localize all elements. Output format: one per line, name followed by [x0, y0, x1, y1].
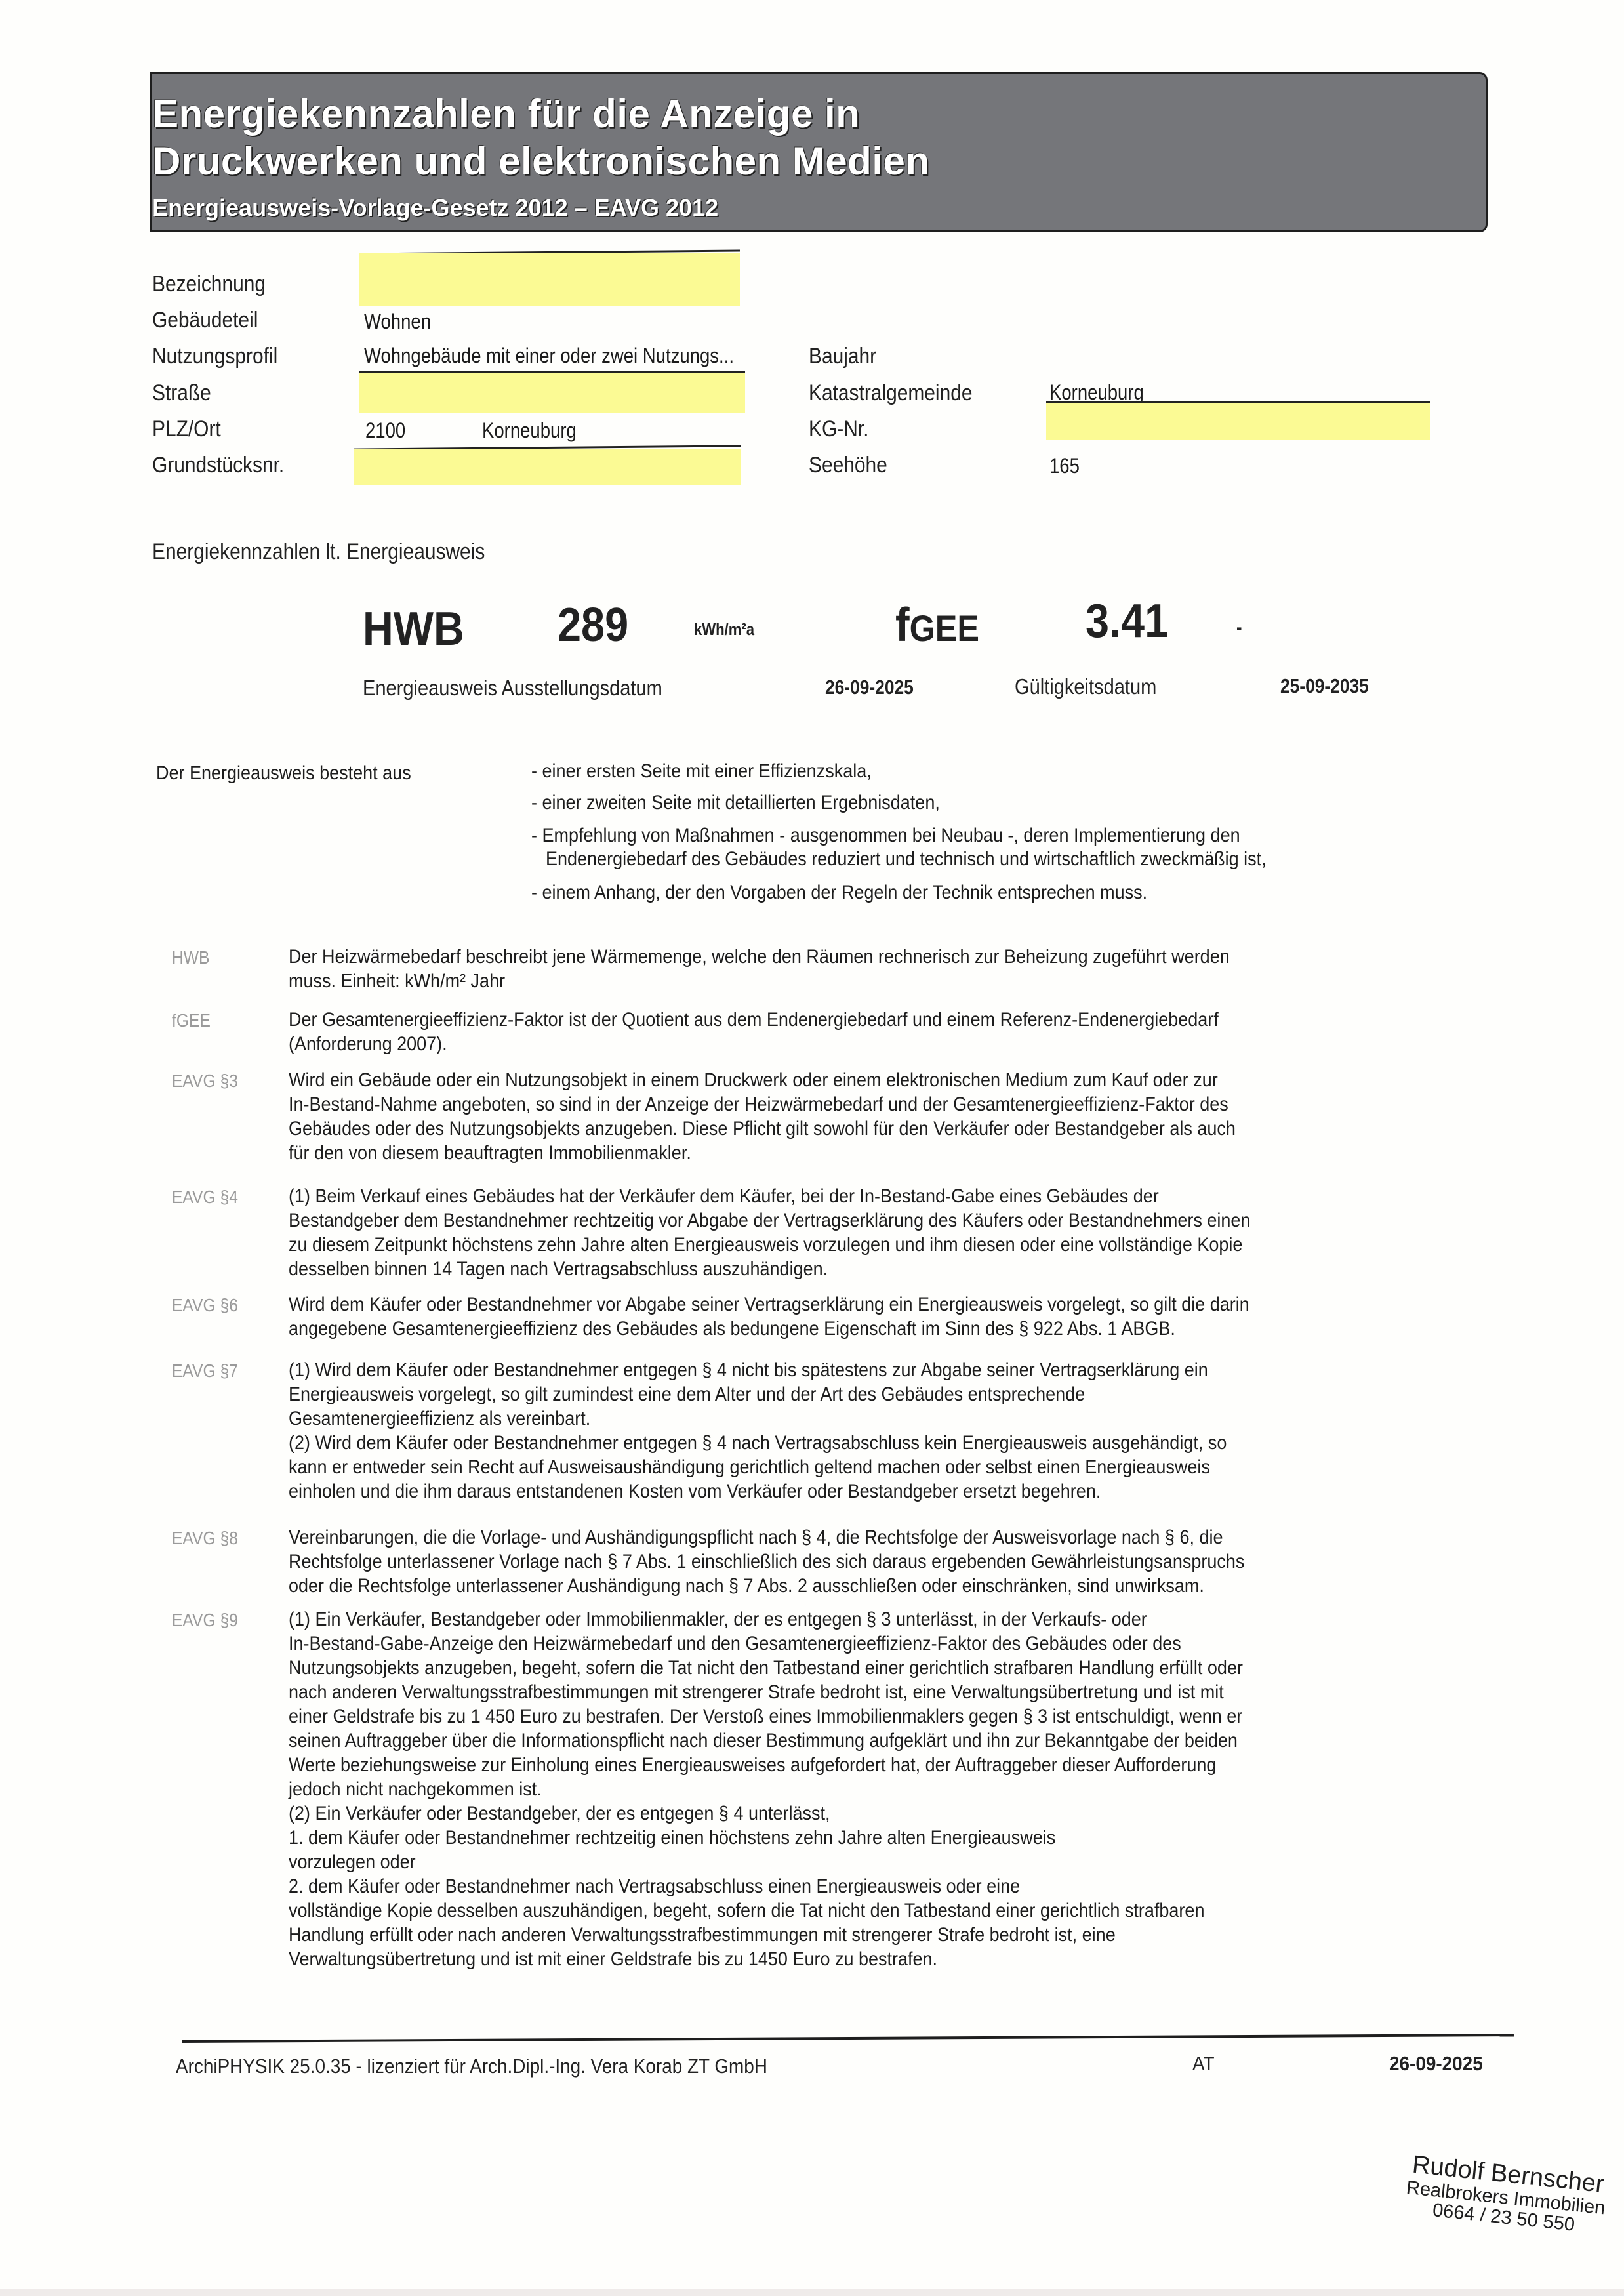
section-line: einholen und die ihm daraus entstandenen…	[289, 1479, 1457, 1504]
section-line: Verwaltungsübertretung und ist mit einer…	[289, 1947, 1457, 1971]
key-figures-title: Energiekennzahlen lt. Energieausweis	[152, 539, 485, 565]
section-line: 1. dem Käufer oder Bestandnehmer rechtze…	[289, 1826, 1457, 1850]
section-line: muss. Einheit: kWh/m² Jahr	[289, 969, 1457, 993]
section-line: Gesamtenergieeffizienz als vereinbart.	[289, 1406, 1457, 1431]
value-ort: Korneuburg	[482, 419, 577, 443]
section-text: Wird ein Gebäude oder ein Nutzungsobjekt…	[289, 1068, 1457, 1165]
document-subtitle: Energieausweis-Vorlage-Gesetz 2012 – EAV…	[152, 194, 718, 222]
footer-date: 26-09-2025	[1389, 2052, 1483, 2076]
section-line: angegebene Gesamtenergieeffizienz des Ge…	[289, 1317, 1457, 1341]
section-line: kann er entweder sein Recht auf Ausweisa…	[289, 1455, 1457, 1479]
section-code: EAVG §9	[172, 1610, 238, 1631]
section-text: Der Heizwärmebedarf beschreibt jene Wärm…	[289, 945, 1457, 993]
section-line: Nutzungsobjekts anzugeben, begeht, sofer…	[289, 1656, 1457, 1680]
section-code: HWB	[172, 947, 209, 968]
section-code: fGEE	[172, 1010, 211, 1031]
section-line: für den von diesem beauftragten Immobili…	[289, 1141, 1457, 1165]
consists-of-item: Endenergiebedarf des Gebäudes reduziert …	[546, 846, 1267, 872]
section-text: Wird dem Käufer oder Bestandnehmer vor A…	[289, 1292, 1457, 1341]
section-code: EAVG §8	[172, 1528, 238, 1549]
validity-date-value: 25-09-2035	[1280, 674, 1369, 698]
label-kg-nr: KG-Nr.	[809, 417, 868, 442]
section-line: (Anforderung 2007).	[289, 1032, 1457, 1056]
section-line: Wird ein Gebäude oder ein Nutzungsobjekt…	[289, 1068, 1457, 1092]
section-line: (2) Wird dem Käufer oder Bestandnehmer e…	[289, 1431, 1457, 1455]
hwb-unit: kWh/m²a	[694, 619, 754, 640]
section-line: oder die Rechtsfolge unterlassener Aushä…	[289, 1574, 1457, 1598]
hwb-value: 289	[558, 598, 628, 652]
label-nutzungsprofil: Nutzungsprofil	[152, 344, 277, 369]
fgee-unit: -	[1236, 617, 1242, 639]
validity-date-label: Gültigkeitsdatum	[1015, 674, 1156, 699]
fgee-label-f: f	[895, 599, 910, 651]
label-gebaeudeteil: Gebäudeteil	[152, 308, 258, 333]
consists-of-item: - Empfehlung von Maßnahmen - ausgenommen…	[531, 822, 1240, 849]
label-strasse: Straße	[152, 380, 211, 406]
section-text: (1) Ein Verkäufer, Bestandgeber oder Imm…	[289, 1607, 1457, 1971]
agent-stamp: Rudolf Bernscher Realbrokers Immobilien …	[1403, 2152, 1608, 2238]
section-line: Vereinbarungen, die die Vorlage- und Aus…	[289, 1525, 1457, 1549]
section-text: (1) Beim Verkauf eines Gebäudes hat der …	[289, 1184, 1457, 1281]
section-line: Energieausweis vorgelegt, so gilt zumind…	[289, 1382, 1457, 1406]
redacted-kg-nr	[1046, 403, 1430, 440]
section-code: EAVG §6	[172, 1295, 238, 1316]
section-line: Werte beziehungsweise zur Einholung eine…	[289, 1753, 1457, 1777]
fgee-value: 3.41	[1086, 594, 1168, 648]
value-seehoehe: 165	[1049, 454, 1080, 478]
section-line: Gebäudes oder des Nutzungsobjekts anzuge…	[289, 1117, 1457, 1141]
section-line: (1) Ein Verkäufer, Bestandgeber oder Imm…	[289, 1607, 1457, 1631]
issue-date-label: Energieausweis Ausstellungsdatum	[363, 676, 662, 701]
consists-of-item: - einer zweiten Seite mit detaillierten …	[531, 789, 940, 816]
section-line: Der Gesamtenergieeffizienz-Faktor ist de…	[289, 1008, 1457, 1032]
consists-of-label: Der Energieausweis besteht aus	[156, 760, 411, 787]
section-line: Der Heizwärmebedarf beschreibt jene Wärm…	[289, 945, 1457, 969]
label-baujahr: Baujahr	[809, 344, 876, 369]
fgee-label: fGEE	[895, 598, 979, 652]
section-line: 2. dem Käufer oder Bestandnehmer nach Ve…	[289, 1874, 1457, 1898]
footer-software: ArchiPHYSIK 25.0.35 - lizenziert für Arc…	[176, 2055, 767, 2078]
section-code: EAVG §7	[172, 1361, 238, 1382]
title-line-1: Energiekennzahlen für die Anzeige in	[152, 91, 929, 138]
section-line: Wird dem Käufer oder Bestandnehmer vor A…	[289, 1292, 1457, 1317]
scan-edge	[0, 2289, 1624, 2296]
document-title: Energiekennzahlen für die Anzeige in Dru…	[152, 91, 929, 185]
section-line: Bestandgeber dem Bestandnehmer rechtzeit…	[289, 1208, 1457, 1233]
section-line: (1) Beim Verkauf eines Gebäudes hat der …	[289, 1184, 1457, 1208]
section-line: jedoch nicht nachgekommen ist.	[289, 1777, 1457, 1801]
section-line: nach anderen Verwaltungsstrafbestimmunge…	[289, 1680, 1457, 1704]
section-line: einer Geldstrafe bis zu 1 450 Euro zu be…	[289, 1704, 1457, 1729]
consists-of-item: - einem Anhang, der den Vorgaben der Reg…	[531, 879, 1147, 906]
issue-date-value: 26-09-2025	[825, 676, 914, 699]
redacted-strasse	[359, 373, 745, 413]
redacted-bezeichnung	[359, 253, 740, 306]
value-plz: 2100	[365, 419, 405, 443]
label-plz-ort: PLZ/Ort	[152, 417, 221, 442]
redacted-grundstuecksnr	[354, 449, 741, 485]
section-line: (2) Ein Verkäufer oder Bestandgeber, der…	[289, 1801, 1457, 1826]
section-text: Vereinbarungen, die die Vorlage- und Aus…	[289, 1525, 1457, 1598]
section-line: In-Bestand-Gabe-Anzeige den Heizwärmebed…	[289, 1631, 1457, 1656]
title-line-2: Druckwerken und elektronischen Medien	[152, 138, 929, 185]
value-nutzungsprofil: Wohngebäude mit einer oder zwei Nutzungs…	[364, 344, 734, 368]
section-line: zu diesem Zeitpunkt höchstens zehn Jahre…	[289, 1233, 1457, 1257]
section-text: (1) Wird dem Käufer oder Bestandnehmer e…	[289, 1358, 1457, 1504]
section-text: Der Gesamtenergieeffizienz-Faktor ist de…	[289, 1008, 1457, 1056]
label-grundstuecksnr: Grundstücksnr.	[152, 453, 284, 478]
label-seehoehe: Seehöhe	[809, 453, 887, 478]
section-code: EAVG §4	[172, 1187, 238, 1208]
label-katastralgemeinde: Katastralgemeinde	[809, 380, 972, 406]
section-line: seinen Auftraggeber über die Information…	[289, 1729, 1457, 1753]
section-line: (1) Wird dem Käufer oder Bestandnehmer e…	[289, 1358, 1457, 1382]
section-line: desselben binnen 14 Tagen nach Vertragsa…	[289, 1257, 1457, 1281]
hwb-label: HWB	[363, 602, 464, 656]
section-line: In-Bestand-Nahme angeboten, so sind in d…	[289, 1092, 1457, 1117]
section-line: Handlung erfüllt oder nach anderen Verwa…	[289, 1923, 1457, 1947]
fgee-label-sub: GEE	[910, 607, 979, 649]
section-line: vorzulegen oder	[289, 1850, 1457, 1874]
section-line: Rechtsfolge unterlassener Vorlage nach §…	[289, 1549, 1457, 1574]
section-line: vollständige Kopie desselben auszuhändig…	[289, 1898, 1457, 1923]
consists-of-item: - einer ersten Seite mit einer Effizienz…	[531, 758, 872, 785]
footer-country: AT	[1192, 2052, 1215, 2076]
label-bezeichnung: Bezeichnung	[152, 272, 266, 297]
footer-rule	[182, 2034, 1514, 2043]
value-gebaeudeteil: Wohnen	[364, 310, 431, 334]
section-code: EAVG §3	[172, 1071, 238, 1092]
